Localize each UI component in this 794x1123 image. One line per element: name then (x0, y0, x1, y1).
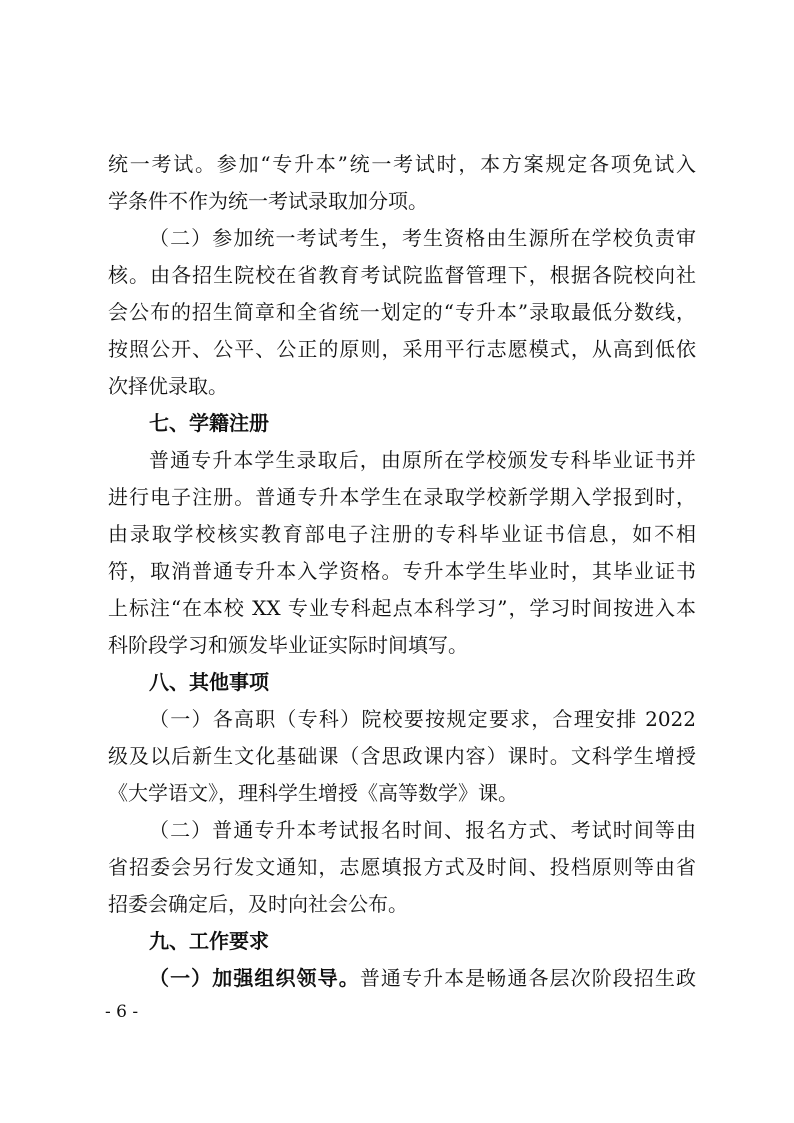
paragraph-line: （二）普通专升本考试报名时间、报名方式、考试时间等由 (108, 812, 696, 849)
paragraph-line: 核。由各招生院校在省教育考试院监督管理下，根据各院校向社 (108, 257, 696, 294)
paragraph-line: 级及以后新生文化基础课（含思政课内容）课时。文科学生增授 (108, 738, 696, 775)
paragraph-line: 普通专升本学生录取后，由原所在学校颁发专科毕业证书并 (108, 442, 696, 479)
paragraph-line: 进行电子注册。普通专升本学生在录取学校新学期入学报到时， (108, 479, 696, 516)
paragraph-line: 省招委会另行发文通知，志愿填报方式及时间、投档原则等由省 (108, 849, 696, 886)
bold-lead-text: （一）加强组织领导。 (149, 966, 360, 990)
paragraph-line: 按照公开、公平、公正的原则，采用平行志愿模式，从高到低依 (108, 331, 696, 368)
paragraph-line: 《大学语文》，理科学生增授《高等数学》课。 (108, 775, 696, 812)
paragraph-line: （一）各高职（专科）院校要按规定要求，合理安排 2022 (108, 701, 696, 738)
document-body: 统一考试。参加“专升本”统一考试时，本方案规定各项免试入 学条件不作为统一考试录… (108, 146, 696, 997)
paragraph-line: 次择优录取。 (108, 368, 696, 405)
page-number: - 6 - (105, 1002, 138, 1022)
document-page: 统一考试。参加“专升本”统一考试时，本方案规定各项免试入 学条件不作为统一考试录… (0, 0, 794, 1123)
paragraph-line: 科阶段学习和颁发毕业证实际时间填写。 (108, 627, 696, 664)
paragraph-line: 统一考试。参加“专升本”统一考试时，本方案规定各项免试入 (108, 146, 696, 183)
paragraph-line: 符，取消普通专升本入学资格。专升本学生毕业时，其毕业证书 (108, 553, 696, 590)
paragraph-line: 学条件不作为统一考试录取加分项。 (108, 183, 696, 220)
paragraph-line: 由录取学校核实教育部电子注册的专科毕业证书信息，如不相 (108, 516, 696, 553)
paragraph-line-final: （一）加强组织领导。普通专升本是畅通各层次阶段招生政 (108, 960, 696, 997)
section-heading-9: 九、工作要求 (108, 923, 696, 960)
paragraph-line: （二）参加统一考试考生，考生资格由生源所在学校负责审 (108, 220, 696, 257)
paragraph-line: 招委会确定后，及时向社会公布。 (108, 886, 696, 923)
section-heading-8: 八、其他事项 (108, 664, 696, 701)
section-heading-7: 七、学籍注册 (108, 405, 696, 442)
paragraph-line: 会公布的招生简章和全省统一划定的“专升本”录取最低分数线， (108, 294, 696, 331)
paragraph-text: 普通专升本是畅通各层次阶段招生政 (360, 966, 696, 990)
paragraph-line: 上标注“在本校 XX 专业专科起点本科学习”，学习时间按进入本 (108, 590, 696, 627)
